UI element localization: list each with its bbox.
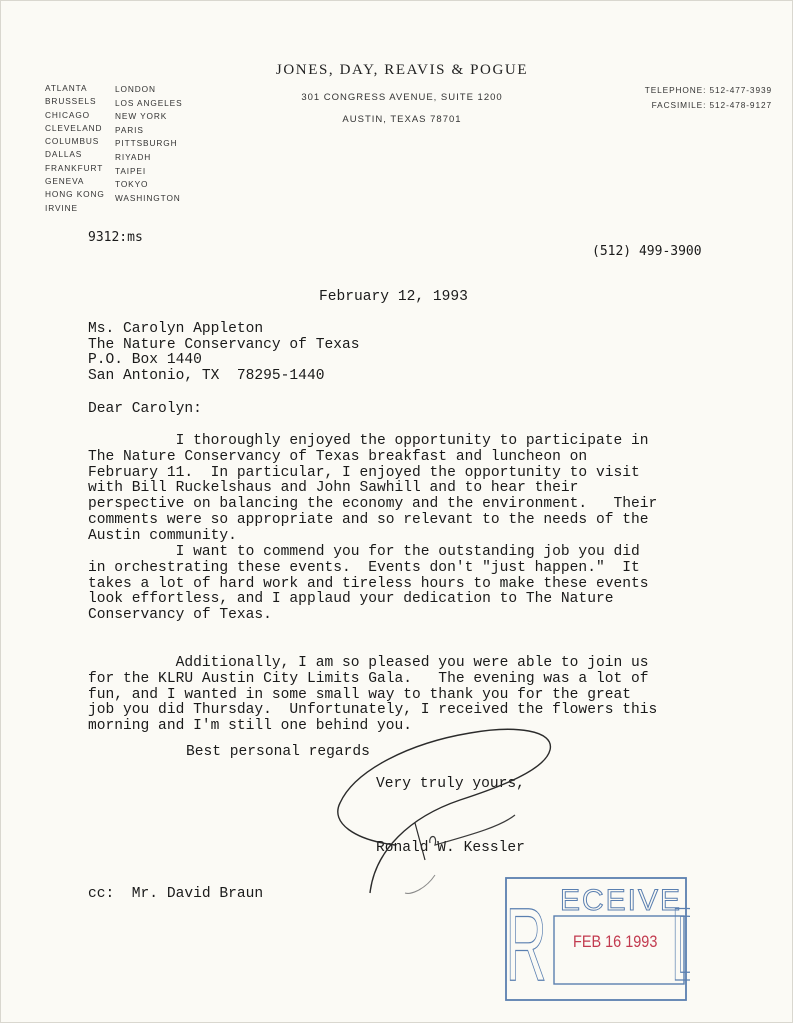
firm-contact: TELEPHONE: 512-477-3939 FACSIMILE: 512-4…	[612, 83, 772, 113]
letter-date: February 12, 1993	[319, 290, 468, 306]
office-city: NEW YORK	[115, 110, 183, 124]
office-city: PARIS	[115, 124, 183, 138]
office-city: DALLAS	[45, 148, 105, 161]
office-list-col2: LONDON LOS ANGELES NEW YORK PARIS PITTSB…	[115, 83, 183, 205]
office-city: RIYADH	[115, 151, 183, 165]
office-city: LOS ANGELES	[115, 97, 183, 111]
office-city: LONDON	[115, 83, 183, 97]
office-city: WASHINGTON	[115, 192, 183, 206]
firm-address-line1: 301 CONGRESS AVENUE, SUITE 1200	[200, 92, 604, 103]
svg-text:R: R	[506, 886, 547, 1002]
office-city: GENEVA	[45, 175, 105, 188]
svg-text:ECEIVE: ECEIVE	[560, 884, 682, 917]
facsimile: FACSIMILE: 512-478-9127	[612, 98, 772, 113]
received-stamp: R ECEIVE D FEB 16 1993	[500, 872, 690, 1007]
office-city: ATLANTA	[45, 82, 105, 95]
signer-name: Ronald W. Kessler	[376, 841, 525, 857]
telephone: TELEPHONE: 512-477-3939	[612, 83, 772, 98]
office-city: TAIPEI	[115, 165, 183, 179]
office-city: PITTSBURGH	[115, 137, 183, 151]
office-city: HONG KONG	[45, 188, 105, 201]
office-list-col1: ATLANTA BRUSSELS CHICAGO CLEVELAND COLUM…	[45, 82, 105, 215]
office-city: CLEVELAND	[45, 122, 105, 135]
personal-closing: Best personal regards	[186, 745, 370, 761]
firm-address-line2: AUSTIN, TEXAS 78701	[200, 114, 604, 125]
office-city: FRANKFURT	[45, 162, 105, 175]
recipient-address: Ms. Carolyn Appleton The Nature Conserva…	[88, 322, 360, 384]
office-city: IRVINE	[45, 202, 105, 215]
office-city: CHICAGO	[45, 109, 105, 122]
svg-text:D: D	[671, 886, 691, 1002]
office-city: TOKYO	[115, 178, 183, 192]
reference-initials: 9312:ms	[88, 230, 143, 246]
office-city: BRUSSELS	[45, 95, 105, 108]
closing: Very truly yours,	[376, 777, 525, 793]
handwritten-signature-icon	[300, 715, 580, 895]
office-city: COLUMBUS	[45, 135, 105, 148]
body-paragraph: I want to commend you for the outstandin…	[88, 545, 649, 624]
cc-line: cc: Mr. David Braun	[88, 887, 263, 903]
direct-phone: (512) 499-3900	[592, 244, 702, 260]
stamp-date: FEB 16 1993	[573, 932, 657, 952]
salutation: Dear Carolyn:	[88, 402, 202, 418]
body-paragraph: Additionally, I am so pleased you were a…	[88, 656, 657, 735]
body-paragraph: I thoroughly enjoyed the opportunity to …	[88, 434, 657, 545]
firm-name: JONES, DAY, REAVIS & POGUE	[200, 62, 604, 79]
